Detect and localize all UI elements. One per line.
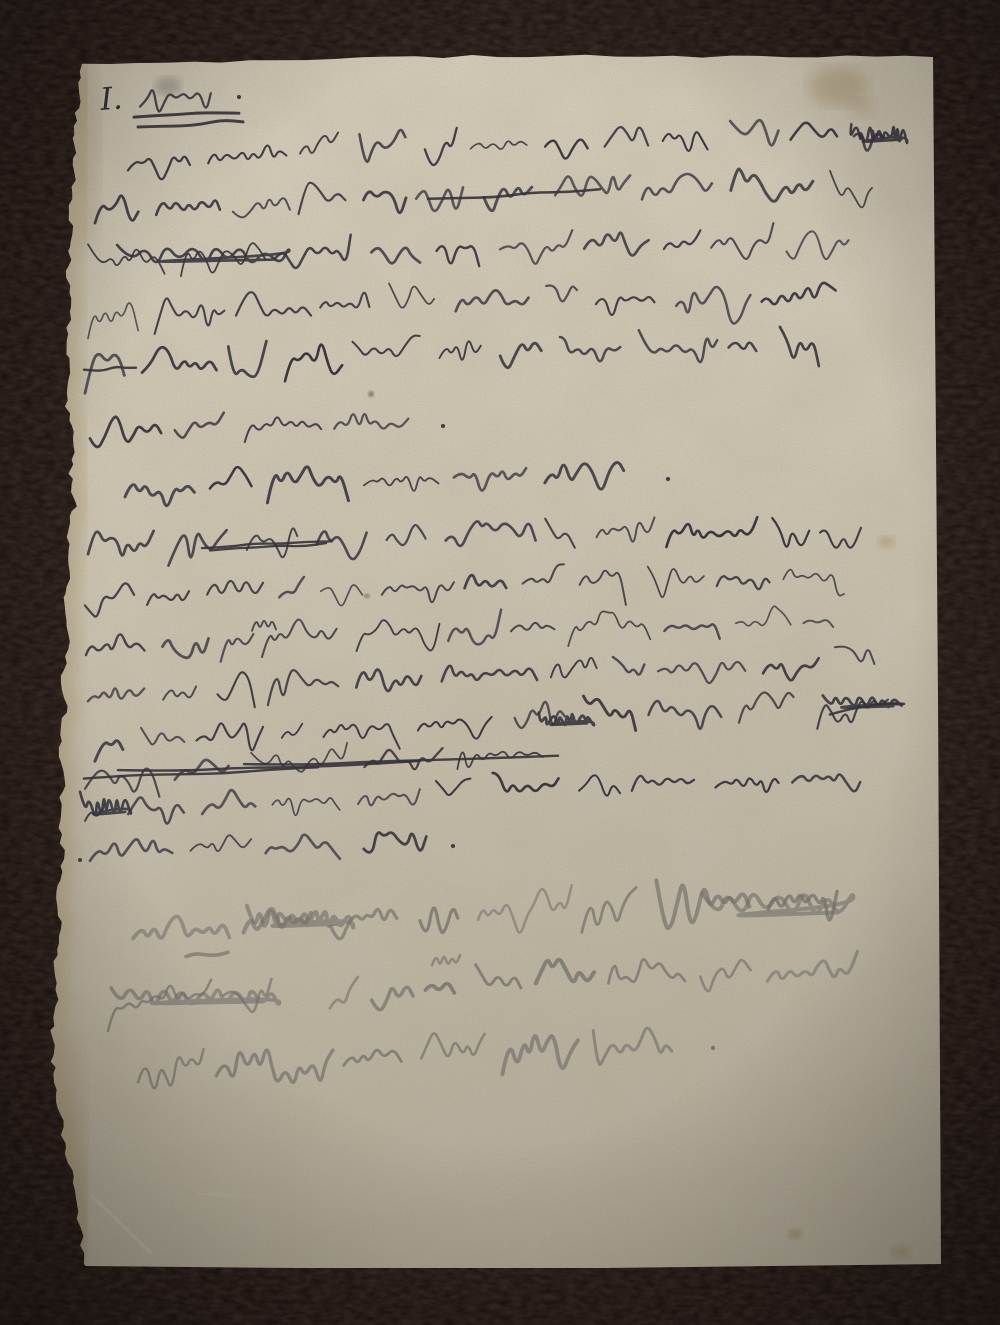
stain: [368, 391, 374, 397]
paper-grain: [40, 40, 960, 1285]
manuscript-photo: I.: [0, 0, 1000, 1325]
stain: [155, 77, 181, 95]
heading-numeral: I.: [98, 81, 124, 119]
stain: [878, 536, 894, 548]
punctuation-dot: [441, 424, 445, 428]
punctuation-dot: [711, 1046, 715, 1050]
stain: [891, 1245, 911, 1259]
punctuation-dot: [237, 95, 241, 99]
stain: [848, 98, 876, 118]
stain: [788, 1229, 802, 1239]
punctuation-dot: [666, 477, 670, 481]
manuscript-canvas: I.: [0, 0, 1000, 1325]
punctuation-dot: [78, 858, 82, 862]
stain: [364, 594, 370, 599]
paper-surface: I.: [40, 40, 960, 1285]
punctuation-dot: [451, 844, 455, 848]
